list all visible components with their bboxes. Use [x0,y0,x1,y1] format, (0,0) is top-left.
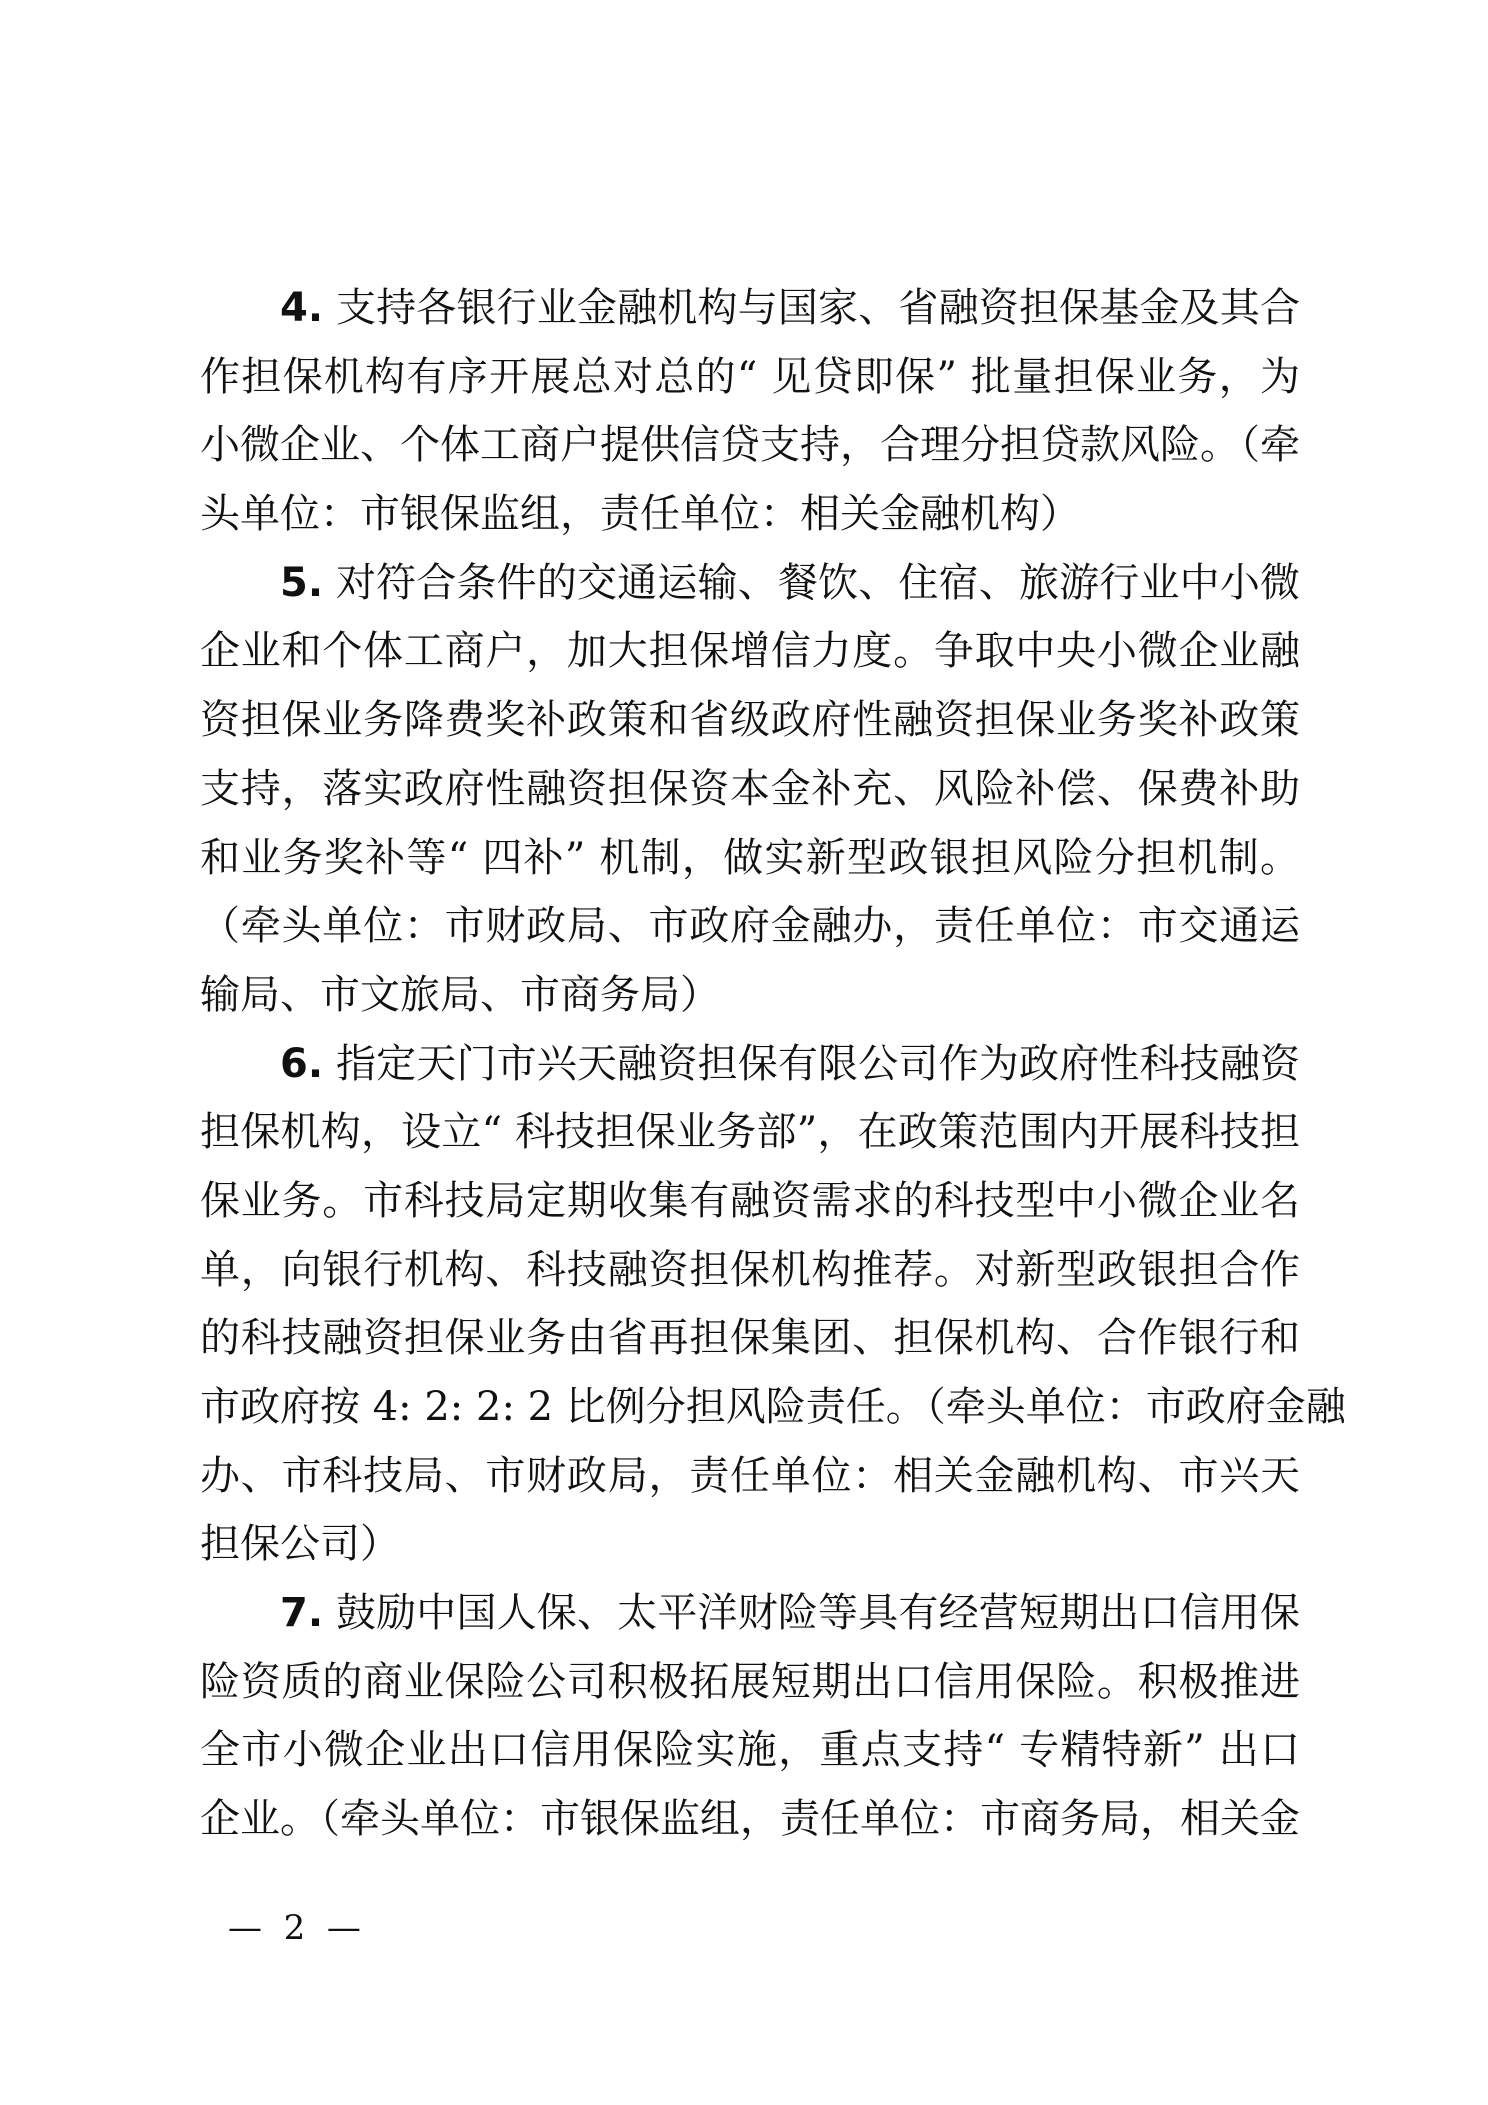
paragraph-line: 输局、市文旅局、市商务局） [200,961,1300,1030]
paragraph-line: 险资质的商业保险公司积极拓展短期出口信用保险。积极推进 [200,1648,1300,1717]
paragraph-line: 7. 鼓励中国人保、太平洋财险等具有经营短期出口信用保 [200,1579,1300,1648]
paragraph-line: 单，向银行机构、科技融资担保机构推荐。对新型政银担合作 [200,1236,1300,1305]
paragraph-line: 企业和个体工商户，加大担保增信力度。争取中央小微企业融 [200,617,1300,686]
paragraph-line: 小微企业、个体工商户提供信贷支持，合理分担贷款风险。（牵 [200,411,1300,480]
paragraph-line: 保业务。市科技局定期收集有融资需求的科技型中小微企业名 [200,1167,1300,1236]
paragraph-line: 担保公司） [200,1510,1300,1579]
item-number: 6. [280,1041,323,1087]
paragraph-line: 支持，落实政府性融资担保资本金补充、风险补偿、保费补助 [200,755,1300,824]
paragraph-6: 6. 指定天门市兴天融资担保有限公司作为政府性科技融资 担保机构，设立“ 科技担… [200,1030,1300,1580]
paragraph-line: 作担保机构有序开展总对总的“ 见贷即保” 批量担保业务，为 [200,343,1300,412]
paragraph-line: 全市小微企业出口信用保险实施，重点支持“ 专精特新” 出口 [200,1716,1300,1785]
page-number: — 2 — [228,1908,361,1948]
paragraph-line: 的科技融资担保业务由省再担保集团、担保机构、合作银行和 [200,1304,1300,1373]
paragraph-5: 5. 对符合条件的交通运输、餐饮、住宿、旅游行业中小微 企业和个体工商户，加大担… [200,549,1300,1030]
paragraph-line: 担保机构，设立“ 科技担保业务部”，在政策范围内开展科技担 [200,1098,1300,1167]
document-body: 4. 支持各银行业金融机构与国家、省融资担保基金及其合 作担保机构有序开展总对总… [200,274,1300,1854]
document-page: 4. 支持各银行业金融机构与国家、省融资担保基金及其合 作担保机构有序开展总对总… [0,0,1488,2105]
paragraph-4: 4. 支持各银行业金融机构与国家、省融资担保基金及其合 作担保机构有序开展总对总… [200,274,1300,549]
item-number: 7. [280,1590,323,1636]
paragraph-7: 7. 鼓励中国人保、太平洋财险等具有经营短期出口信用保 险资质的商业保险公司积极… [200,1579,1300,1854]
paragraph-line: 4. 支持各银行业金融机构与国家、省融资担保基金及其合 [200,274,1300,343]
paragraph-line: （牵头单位：市财政局、市政府金融办，责任单位：市交通运 [200,892,1300,961]
paragraph-line: 资担保业务降费奖补政策和省级政府性融资担保业务奖补政策 [200,686,1300,755]
paragraph-line: 办、市科技局、市财政局，责任单位：相关金融机构、市兴天 [200,1442,1300,1511]
paragraph-line: 头单位：市银保监组，责任单位：相关金融机构） [200,480,1300,549]
paragraph-line: 市政府按 4: 2: 2: 2 比例分担风险责任。（牵头单位：市政府金融 [200,1373,1300,1442]
paragraph-line: 和业务奖补等“ 四补” 机制，做实新型政银担风险分担机制。 [200,824,1300,893]
paragraph-line: 5. 对符合条件的交通运输、餐饮、住宿、旅游行业中小微 [200,549,1300,618]
item-number: 4. [280,285,323,331]
item-number: 5. [280,560,323,606]
paragraph-line: 6. 指定天门市兴天融资担保有限公司作为政府性科技融资 [200,1030,1300,1099]
paragraph-line: 企业。（牵头单位：市银保监组，责任单位：市商务局，相关金 [200,1785,1300,1854]
